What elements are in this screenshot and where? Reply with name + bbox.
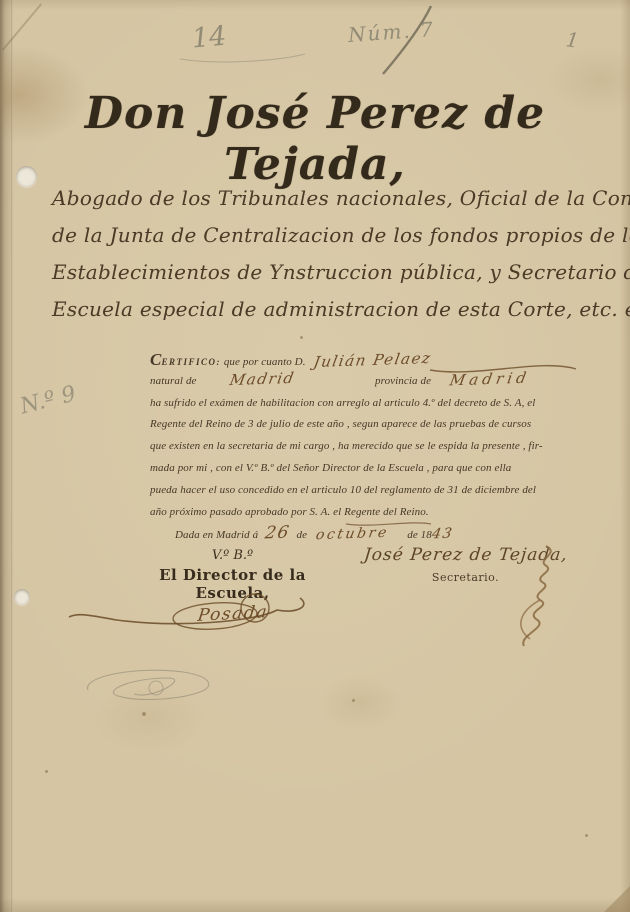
- body-line: mada por mi , con el V.º B.º del Señor D…: [150, 458, 580, 480]
- hole-punch-bottom: [14, 589, 30, 605]
- foxing-speck: [45, 770, 48, 773]
- body-line: Regente del Reino de 3 de julio de este …: [150, 414, 580, 436]
- certifico-initial: C: [150, 350, 161, 369]
- foxing-speck: [352, 699, 355, 702]
- birthplace-handwritten: Madrid: [228, 368, 297, 392]
- body-line: ha sufrido el exámen de habilitacion con…: [150, 393, 580, 415]
- date-printed-3: de 18: [407, 529, 432, 541]
- scanned-certificate-page: 14 Núm. 7 1 N.º 9 Don José Perez de Teja…: [0, 0, 630, 912]
- foxing-speck: [142, 712, 146, 716]
- body-line: que existen en la secretaria de mi cargo…: [150, 436, 580, 458]
- body-line: pueda hacer el uso concedido en el artic…: [150, 480, 580, 502]
- secretary-rubric-flourish: [500, 543, 560, 653]
- subtitle-line: de la Junta de Centralizacion de los fon…: [52, 217, 592, 254]
- document-title: Don José Perez de Tejada,: [0, 88, 630, 190]
- provincia-label: provincia de: [375, 371, 431, 393]
- director-signature-flourish: [55, 592, 315, 644]
- subtitle-line: Establecimientos de Ynstruccion pública,…: [52, 254, 592, 291]
- pencil-margin-note: N.º 9: [18, 382, 79, 420]
- pencil-oval-flourish: [78, 658, 218, 706]
- subtitle-line: Escuela especial de administracion de es…: [52, 291, 592, 328]
- pencil-underline: [178, 50, 308, 66]
- subtitle-line: Abogado de los Tribunales nacionales, Of…: [52, 180, 592, 217]
- strikethrough-stroke: [375, 4, 437, 78]
- pencil-number-right: 1: [564, 27, 580, 53]
- intro-printed: que por cuanto D.: [224, 356, 306, 368]
- name-flourish: [428, 356, 580, 380]
- date-printed-2: de: [297, 529, 308, 541]
- corner-crease: [2, 3, 42, 50]
- foxing-speck: [585, 834, 588, 837]
- vb-approval-label: V.º B.º: [130, 548, 335, 563]
- certifico-word: ERTIFICO:: [161, 357, 221, 367]
- date-printed-1: Dada en Madrid á: [175, 529, 258, 541]
- titles-paragraph: Abogado de los Tribunales nacionales, Of…: [52, 180, 592, 328]
- foxing-speck: [300, 336, 303, 339]
- month-flourish: [344, 518, 434, 530]
- folded-corner: [602, 884, 630, 912]
- natural-label: natural de: [150, 371, 197, 393]
- date-day-handwritten: 26: [263, 523, 292, 546]
